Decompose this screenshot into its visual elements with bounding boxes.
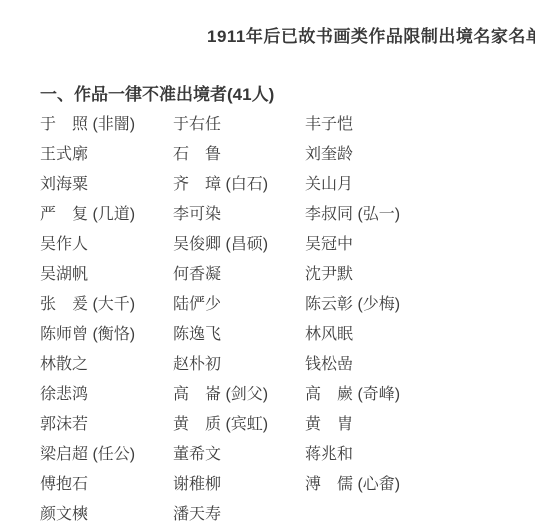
- artist-name: 赵朴初: [173, 350, 305, 380]
- artist-name: 黄 胄: [305, 410, 535, 440]
- document-title: 1911年后已故书画类作品限制出境名家名单: [207, 22, 535, 47]
- artist-name: 潘天寿: [173, 500, 305, 525]
- artist-name: 林散之: [40, 350, 173, 380]
- artist-row: 吴湖帆何香凝沈尹默: [40, 260, 535, 290]
- artist-name: 吴冠中: [305, 230, 535, 260]
- artist-name: 严 复 (几道): [40, 200, 173, 230]
- artist-name: 陆俨少: [173, 290, 305, 320]
- artist-name: 吴作人: [40, 230, 173, 260]
- artist-row: 林散之赵朴初钱松嵒: [40, 350, 535, 380]
- artist-name: 傅抱石: [40, 470, 173, 500]
- artist-name: 陈师曾 (衡恪): [40, 320, 173, 350]
- artist-name: 钱松嵒: [305, 350, 535, 380]
- artist-name: 溥 儒 (心畬): [305, 470, 535, 500]
- artist-name: 张 爰 (大千): [40, 290, 173, 320]
- artist-name: 高 崙 (剑父): [173, 380, 305, 410]
- artist-name: 高 嶡 (奇峰): [305, 380, 535, 410]
- artist-name: 颜文樉: [40, 500, 173, 525]
- artist-name: 陈逸飞: [173, 320, 305, 350]
- artist-row: 梁启超 (任公)董希文蒋兆和: [40, 440, 535, 470]
- artist-name: 董希文: [173, 440, 305, 470]
- artist-row: 王式廓石 鲁刘奎龄: [40, 140, 535, 170]
- artist-name: 刘海粟: [40, 170, 173, 200]
- artist-row: 吴作人吴俊卿 (昌硕)吴冠中: [40, 230, 535, 260]
- artist-row: 严 复 (几道)李可染李叔同 (弘一): [40, 200, 535, 230]
- artist-name: 沈尹默: [305, 260, 535, 290]
- artist-name: 关山月: [305, 170, 535, 200]
- artist-row: 徐悲鸿高 崙 (剑父)高 嶡 (奇峰): [40, 380, 535, 410]
- artist-row: 陈师曾 (衡恪)陈逸飞林风眠: [40, 320, 535, 350]
- artist-name: 吴俊卿 (昌硕): [173, 230, 305, 260]
- artist-name: 李可染: [173, 200, 305, 230]
- artist-row: 张 爰 (大千)陆俨少陈云彰 (少梅): [40, 290, 535, 320]
- artist-name: 王式廓: [40, 140, 173, 170]
- artist-name: 吴湖帆: [40, 260, 173, 290]
- artist-name-list: 于 照 (非闇)于右任丰子恺王式廓石 鲁刘奎龄刘海粟齐 璋 (白石)关山月严 复…: [40, 110, 535, 525]
- artist-row: 傅抱石谢稚柳溥 儒 (心畬): [40, 470, 535, 500]
- artist-row: 于 照 (非闇)于右任丰子恺: [40, 110, 535, 140]
- artist-name: 李叔同 (弘一): [305, 200, 535, 230]
- artist-name: 石 鲁: [173, 140, 305, 170]
- artist-name: 谢稚柳: [173, 470, 305, 500]
- artist-name: 陈云彰 (少梅): [305, 290, 535, 320]
- artist-row: 颜文樉潘天寿: [40, 500, 535, 525]
- artist-name: 蒋兆和: [305, 440, 535, 470]
- artist-row: 郭沫若黄 质 (宾虹)黄 胄: [40, 410, 535, 440]
- artist-name: 齐 璋 (白石): [173, 170, 305, 200]
- artist-name: 黄 质 (宾虹): [173, 410, 305, 440]
- artist-row: 刘海粟齐 璋 (白石)关山月: [40, 170, 535, 200]
- artist-name: 刘奎龄: [305, 140, 535, 170]
- artist-name: 梁启超 (任公): [40, 440, 173, 470]
- artist-name: 何香凝: [173, 260, 305, 290]
- artist-name: 郭沫若: [40, 410, 173, 440]
- artist-name: 林风眠: [305, 320, 535, 350]
- artist-name: 于 照 (非闇): [40, 110, 173, 140]
- section-heading: 一、作品一律不准出境者(41人): [40, 80, 274, 105]
- artist-name: 丰子恺: [305, 110, 535, 140]
- artist-name: 于右任: [173, 110, 305, 140]
- artist-name: 徐悲鸿: [40, 380, 173, 410]
- artist-name: [305, 500, 535, 525]
